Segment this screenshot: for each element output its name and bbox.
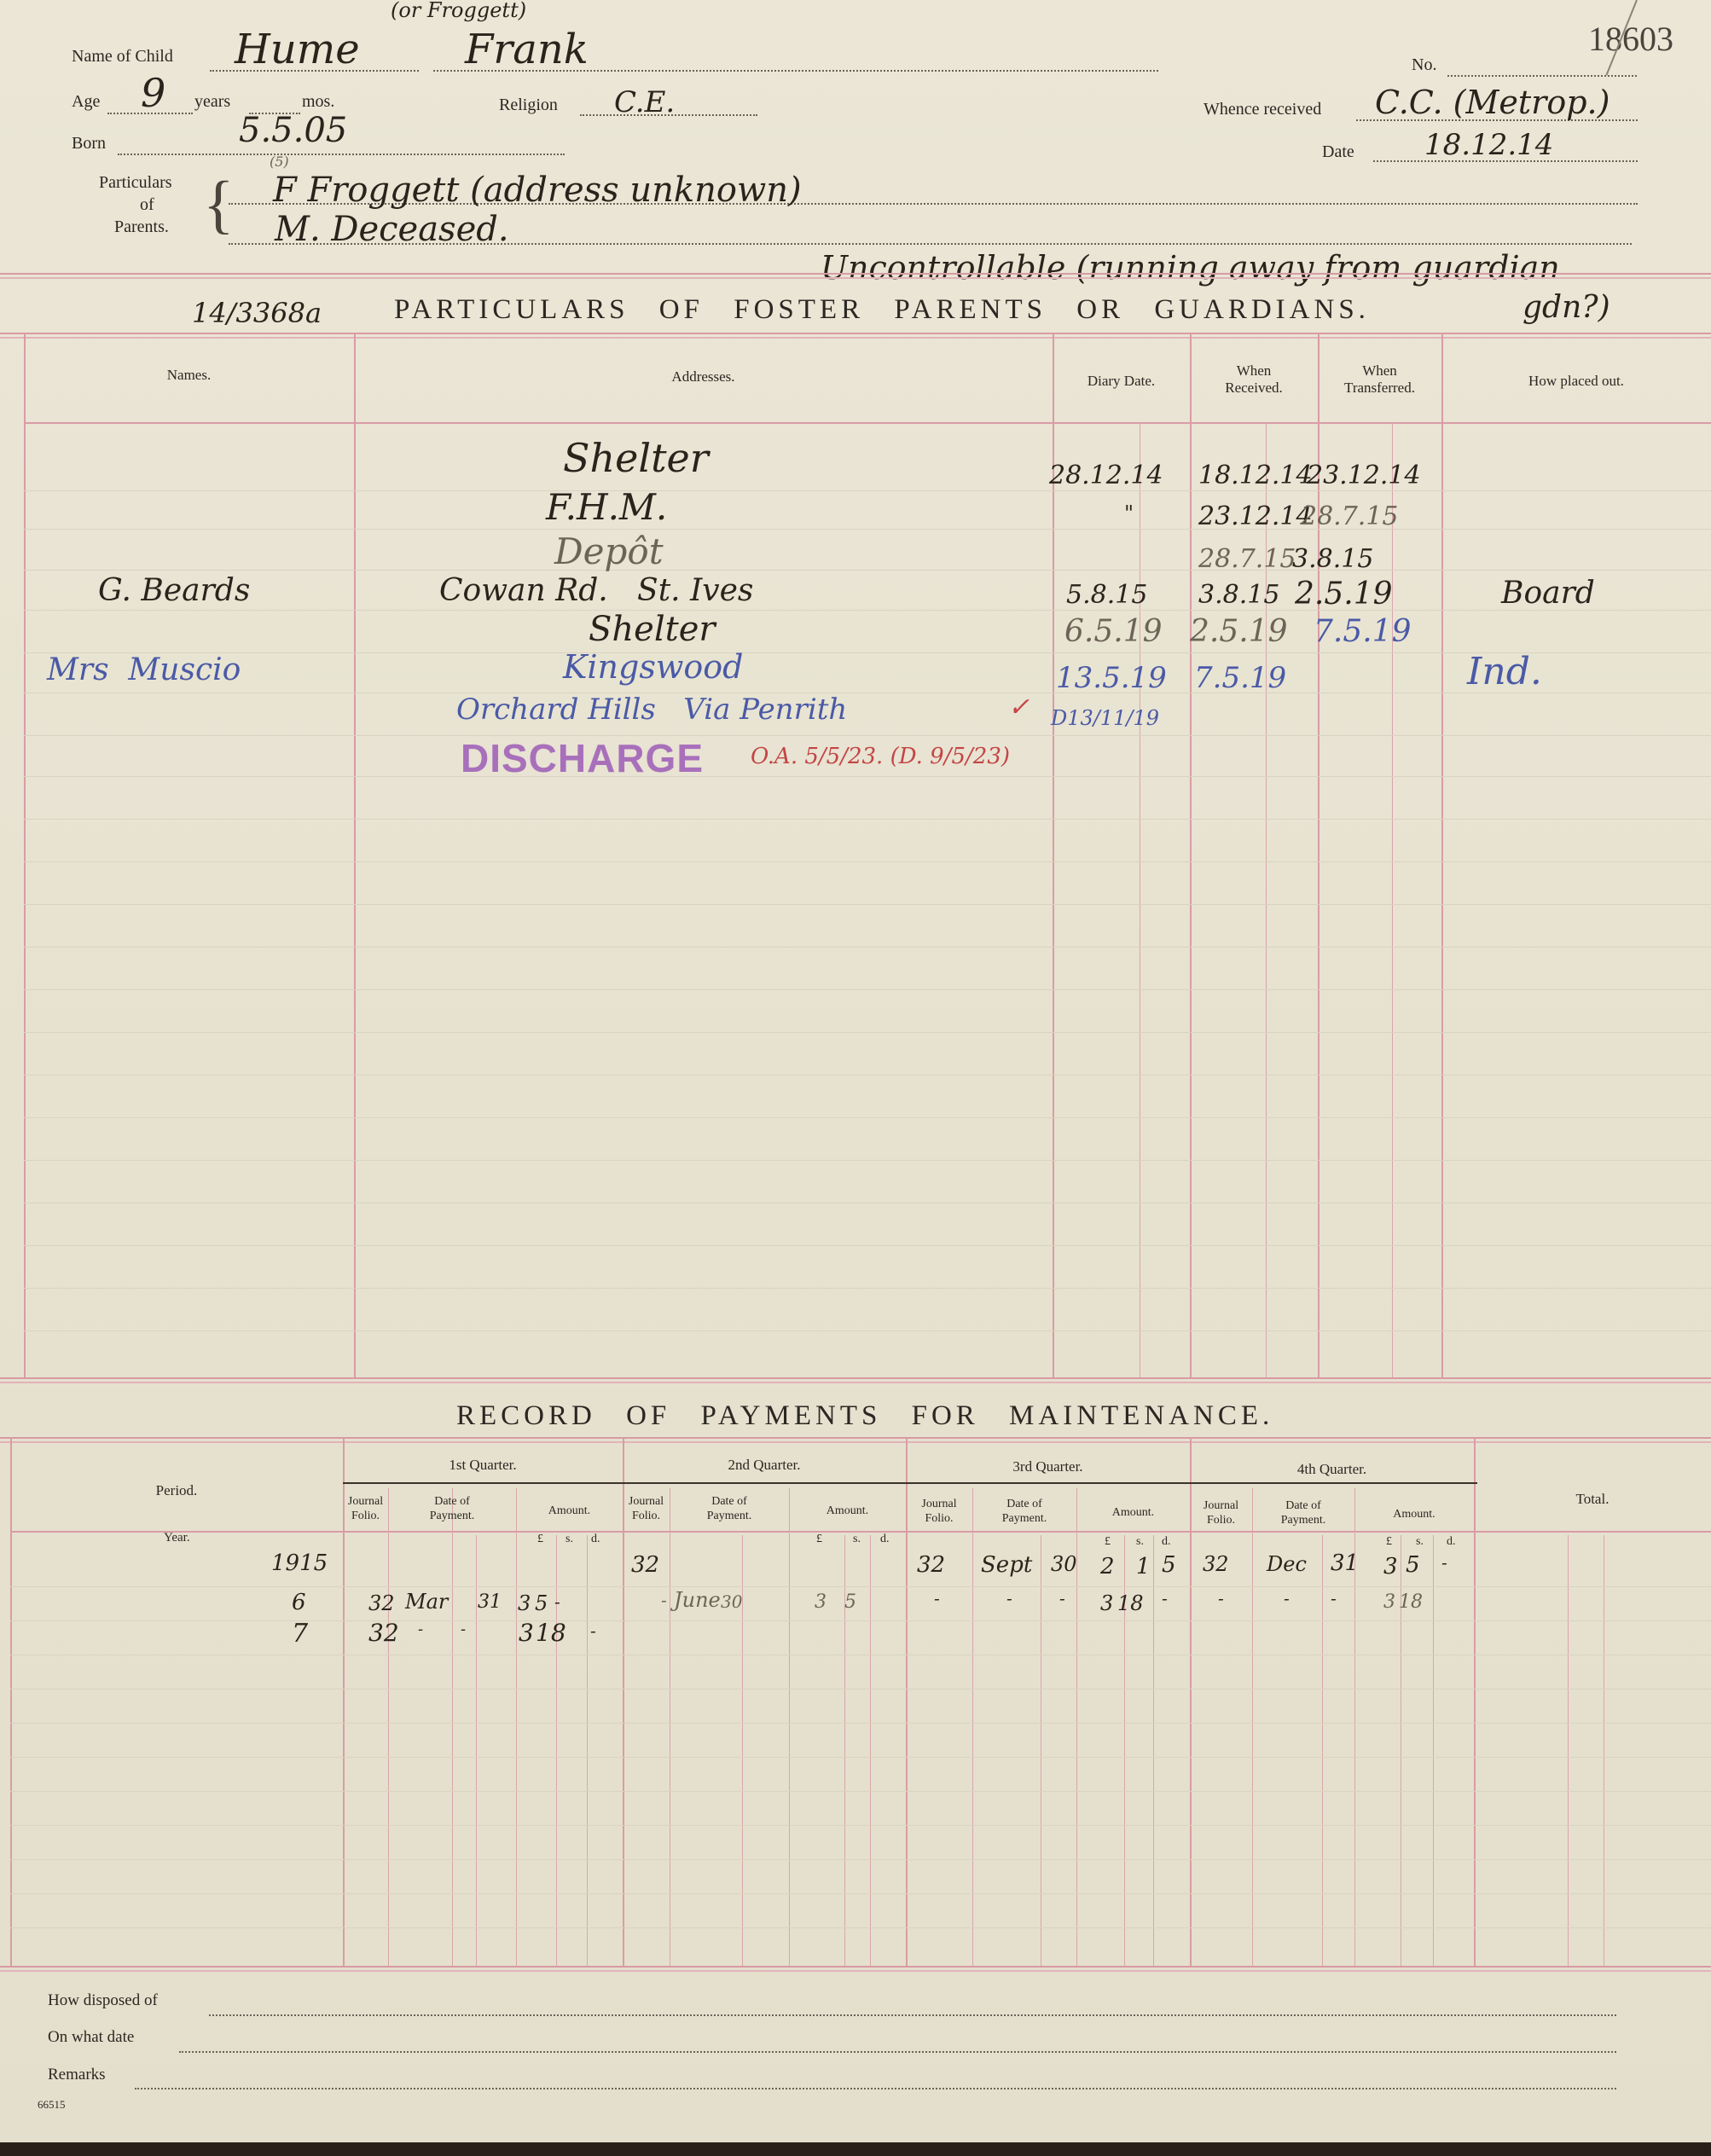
born-field[interactable]: 5.5.05 — [239, 111, 347, 150]
diary-date-cell: D13/11/19 — [1051, 706, 1159, 730]
year-cell: 7 — [292, 1619, 308, 1649]
ruled-line — [10, 1757, 1711, 1758]
ruled-line — [10, 1620, 1711, 1621]
q2-folio-cell: 32 — [631, 1552, 659, 1578]
how-placed-cell: Ind. — [1467, 650, 1542, 693]
q1-folio-cell: 32 — [368, 1591, 395, 1615]
pound-symbol: £ — [537, 1533, 543, 1546]
col-line — [388, 1488, 389, 1966]
when-received-line-1: When — [1190, 362, 1318, 380]
date-of-payment-header: Date ofPayment. — [1252, 1498, 1354, 1527]
when-transferred-line-2: Transferred. — [1318, 380, 1441, 397]
ruled-line — [10, 1927, 1711, 1928]
ruled-line — [24, 1330, 1711, 1331]
remarks-label: Remarks — [48, 2066, 106, 2084]
q4-folio-cell: - — [1218, 1588, 1224, 1608]
name-cell: G. Beards — [98, 573, 250, 608]
whence-label: Whence received — [1203, 100, 1321, 119]
q1-day-cell: - — [461, 1620, 466, 1638]
transferred-cell: 7.5.19 — [1314, 614, 1412, 649]
col-line — [1140, 422, 1140, 1377]
q3-day-cell: 30 — [1051, 1552, 1077, 1576]
q1-month-cell: Mar — [405, 1590, 448, 1614]
diary-date-cell: " — [1124, 501, 1134, 525]
ruled-line — [24, 776, 1711, 777]
hdr-line: Journal — [1190, 1498, 1252, 1513]
name-label: Name of Child — [72, 47, 173, 67]
diary-date-cell: 13.5.19 — [1056, 661, 1167, 695]
q1-day-cell: 31 — [478, 1591, 502, 1613]
hdr-line: Journal — [906, 1497, 972, 1511]
hdr-line: Folio. — [1190, 1513, 1252, 1527]
received-cell: 23.12.14 — [1198, 501, 1313, 531]
section-rule — [0, 1966, 1711, 1972]
q4-pounds-cell: 3 — [1383, 1554, 1398, 1579]
q2-day-cell: 30 — [721, 1591, 742, 1612]
col-line — [24, 333, 26, 1377]
col-line — [354, 333, 356, 1377]
q4-day-cell: 31 — [1331, 1550, 1359, 1576]
born-line — [118, 154, 565, 155]
address-cell: Cowan Rd. St. Ives — [439, 573, 753, 608]
col-line — [1153, 1535, 1154, 1966]
col-header-how-placed: How placed out. — [1441, 373, 1711, 390]
parents-brace-icon: { — [203, 172, 234, 237]
page-edge — [0, 2142, 1711, 2156]
col-line — [1441, 333, 1443, 1377]
transferred-cell: 23.12.14 — [1307, 461, 1421, 490]
diary-date-cell: 5.8.15 — [1066, 580, 1147, 610]
col-line — [516, 1488, 517, 1966]
col-header-diary-date: Diary Date. — [1053, 373, 1190, 390]
address-cell: Kingswood — [563, 648, 743, 686]
col-line — [789, 1488, 790, 1966]
ruled-line — [24, 861, 1711, 862]
parents-label-3: Parents. — [114, 217, 169, 237]
religion-label: Religion — [499, 96, 558, 115]
received-cell: 3.8.15 — [1198, 580, 1279, 610]
q4-day-cell: - — [1331, 1588, 1337, 1608]
hdr-line: Date of — [670, 1494, 789, 1509]
q3-pounds-cell: 3 — [1100, 1591, 1113, 1615]
pence-symbol: d. — [591, 1533, 600, 1546]
q1-folio-cell: 32 — [368, 1619, 399, 1647]
born-label: Born — [72, 134, 106, 154]
q1-pounds-cell: 3 — [518, 1591, 531, 1615]
col-line — [587, 1535, 588, 1966]
pound-symbol: £ — [816, 1533, 822, 1546]
transferred-cell: 28.7.15 — [1301, 501, 1399, 531]
hdr-line: Payment. — [1252, 1513, 1354, 1527]
q2-pounds-cell: 3 — [815, 1591, 826, 1613]
amount-header: Amount. — [516, 1503, 623, 1520]
hdr-line: Date of — [388, 1494, 516, 1509]
section-rule — [0, 1437, 1711, 1443]
section-rule — [0, 273, 1711, 279]
col-header-addresses: Addresses. — [354, 368, 1053, 385]
address-cell: F.H.M. — [546, 486, 667, 528]
q4-folio-cell: 32 — [1203, 1552, 1229, 1576]
remarks-field[interactable] — [135, 2088, 1616, 2089]
hdr-line: Journal — [343, 1494, 388, 1509]
ruled-line — [10, 1655, 1711, 1655]
col-line — [972, 1488, 973, 1966]
q3-pence-cell: 5 — [1162, 1552, 1176, 1578]
shilling-symbol: s. — [1136, 1535, 1144, 1549]
q1-pence-cell: - — [554, 1591, 560, 1612]
q3-shillings-cell: 18 — [1117, 1591, 1144, 1615]
col-line — [1604, 1535, 1604, 1966]
received-cell: 2.5.19 — [1190, 614, 1288, 649]
quarter-header-4: 4th Quarter. — [1190, 1461, 1474, 1478]
pound-symbol: £ — [1386, 1535, 1392, 1549]
age-label: Age — [72, 92, 100, 112]
quarter-underline — [343, 1482, 1477, 1484]
mos-label: mos. — [302, 92, 334, 112]
hdr-line: Folio. — [623, 1509, 670, 1523]
reference-number: 14/3368a — [192, 297, 322, 329]
pence-symbol: d. — [1162, 1535, 1171, 1549]
years-label: years — [194, 92, 230, 112]
shilling-symbol: s. — [1416, 1535, 1424, 1549]
col-line — [452, 1488, 453, 1966]
mother-field[interactable]: M. Deceased. — [275, 210, 509, 249]
q3-folio-cell: - — [934, 1588, 940, 1608]
pence-symbol: d. — [880, 1533, 890, 1546]
q1-pounds-cell: 3 — [519, 1619, 534, 1647]
address-cell: Shelter — [589, 610, 716, 649]
header-rule — [10, 1531, 1711, 1533]
col-line — [1392, 422, 1393, 1377]
ruled-line — [24, 652, 1711, 653]
diary-date-cell: 28.12.14 — [1049, 461, 1163, 490]
q2-shillings-cell: 5 — [844, 1591, 856, 1613]
col-line — [10, 1437, 12, 1966]
ruled-line — [24, 610, 1711, 611]
q3-pounds-cell: 2 — [1100, 1554, 1115, 1579]
q3-pence-cell: - — [1162, 1588, 1168, 1608]
ruled-line — [24, 1245, 1711, 1246]
date-label: Date — [1322, 142, 1354, 162]
hdr-line: Payment. — [670, 1509, 789, 1523]
year-header: Year. — [164, 1531, 190, 1545]
amount-header: Amount. — [789, 1503, 906, 1520]
how-disposed-field[interactable] — [209, 2014, 1616, 2016]
discharge-stamp: DISCHARGE — [461, 735, 704, 781]
no-field[interactable] — [1447, 75, 1637, 77]
ruled-line — [24, 735, 1711, 736]
father-field[interactable]: F Froggett (address unknown) — [273, 171, 802, 210]
ruled-line — [24, 1160, 1711, 1161]
quarter-header-1: 1st Quarter. — [343, 1457, 623, 1474]
q1-pence-cell: - — [590, 1620, 596, 1641]
form-number: 66515 — [38, 2098, 66, 2112]
ruled-line — [10, 1859, 1711, 1860]
q1-shillings-cell: 18 — [536, 1619, 566, 1647]
col-header-names: Names. — [24, 367, 354, 384]
hdr-line: Date of — [972, 1497, 1076, 1511]
parents-label-1: Particulars — [99, 173, 172, 193]
year-cell: 1915 — [271, 1550, 328, 1576]
date-of-payment-header: Date ofPayment. — [972, 1497, 1076, 1526]
parents-label-2: of — [140, 195, 154, 215]
shilling-symbol: s. — [853, 1533, 861, 1546]
transferred-cell: 2.5.19 — [1295, 577, 1393, 611]
year-cell: 6 — [292, 1590, 306, 1615]
col-header-when-transferred: When Transferred. — [1318, 362, 1441, 397]
received-cell: 18.12.14 — [1198, 461, 1313, 490]
amount-header: Amount. — [1076, 1504, 1190, 1521]
ruled-line — [24, 1117, 1711, 1118]
pence-symbol: d. — [1447, 1535, 1456, 1549]
ruled-line — [24, 904, 1711, 905]
col-line — [1433, 1535, 1434, 1966]
ruled-line — [24, 529, 1711, 530]
date-of-payment-header: Date ofPayment. — [670, 1494, 789, 1523]
hdr-line: Date of — [1252, 1498, 1354, 1513]
received-cell: 28.7.15 — [1198, 544, 1296, 574]
record-number: 18603 — [1588, 19, 1673, 59]
ruled-line — [10, 1723, 1711, 1724]
header-rule — [24, 422, 1711, 424]
address-cell: Depôt — [554, 530, 664, 572]
how-placed-cell: Board — [1501, 576, 1595, 611]
transferred-cell: 3.8.15 — [1292, 544, 1373, 574]
ruled-line — [10, 1791, 1711, 1792]
discharge-note: O.A. 5/5/23. (D. 9/5/23) — [751, 744, 1010, 769]
journal-folio-header: JournalFolio. — [1190, 1498, 1252, 1527]
q3-day-cell: - — [1059, 1588, 1065, 1608]
col-line — [870, 1535, 871, 1966]
journal-folio-header: JournalFolio. — [623, 1494, 670, 1523]
ruled-line — [24, 570, 1711, 571]
col-header-when-received: When Received. — [1190, 362, 1318, 397]
col-line — [476, 1535, 477, 1966]
uncontrollable-note: Uncontrollable (running away from guardi… — [821, 249, 1560, 287]
address-cell: Orchard Hills Via Penrith — [456, 693, 847, 727]
q4-shillings-cell: 18 — [1399, 1591, 1423, 1613]
name-cell: Mrs Muscio — [47, 652, 241, 687]
when-transferred-line-1: When — [1318, 362, 1441, 380]
q4-pence-cell: - — [1441, 1552, 1447, 1573]
col-line — [1568, 1535, 1569, 1966]
q4-month-cell: Dec — [1267, 1552, 1307, 1576]
hdr-line: Journal — [623, 1494, 670, 1509]
col-line — [1041, 1535, 1041, 1966]
quarter-header-3: 3rd Quarter. — [906, 1458, 1190, 1475]
q4-shillings-cell: 5 — [1406, 1552, 1420, 1578]
record-card: 18603 Name of Child Hume (or Froggett) F… — [0, 0, 1711, 2156]
amount-header: Amount. — [1354, 1506, 1474, 1523]
hdr-line: Payment. — [972, 1511, 1076, 1526]
q3-month-cell: - — [1006, 1588, 1012, 1608]
given-name-field[interactable]: Frank — [465, 26, 589, 73]
total-header: Total. — [1474, 1491, 1711, 1508]
hdr-line: Payment. — [388, 1509, 516, 1523]
col-line — [670, 1488, 670, 1966]
whence-field[interactable]: C.C. (Metrop.) — [1375, 84, 1609, 121]
how-disposed-label: How disposed of — [48, 1991, 158, 2010]
ruled-line — [10, 1586, 1711, 1587]
period-header: Period. — [10, 1482, 343, 1499]
ruled-line — [24, 947, 1711, 948]
date-received-field[interactable]: 18.12.14 — [1424, 128, 1553, 162]
address-cell: Shelter — [563, 435, 709, 481]
section-rule — [0, 333, 1711, 339]
shilling-symbol: s. — [565, 1533, 573, 1546]
ruled-line — [24, 1288, 1711, 1289]
col-line — [1474, 1437, 1476, 1966]
quarter-header-2: 2nd Quarter. — [623, 1457, 906, 1474]
ruled-line — [24, 693, 1711, 693]
red-check-icon: ✓ — [1008, 693, 1029, 722]
hdr-line: Folio. — [343, 1509, 388, 1523]
ruled-line — [10, 1689, 1711, 1689]
journal-folio-header: JournalFolio. — [343, 1494, 388, 1523]
q2-month-cell: June — [674, 1588, 721, 1612]
ruled-line — [24, 1203, 1711, 1203]
diary-date-cell: 6.5.19 — [1064, 614, 1163, 649]
on-what-date-label: On what date — [48, 2028, 134, 2047]
col-line — [1322, 1535, 1323, 1966]
section-rule — [0, 1377, 1711, 1383]
q4-pounds-cell: 3 — [1383, 1591, 1395, 1613]
uncontrollable-note-2: gdn?) — [1522, 290, 1610, 325]
col-line — [1252, 1488, 1253, 1966]
payments-section-title: RECORD OF PAYMENTS FOR MAINTENANCE. — [456, 1400, 1273, 1432]
q3-folio-cell: 32 — [917, 1552, 945, 1578]
ruled-line — [24, 1075, 1711, 1075]
col-line — [1190, 333, 1192, 1377]
q3-shillings-cell: 1 — [1136, 1554, 1151, 1579]
hdr-line: Folio. — [906, 1511, 972, 1526]
alias-note: (or Froggett) — [391, 0, 526, 22]
parents-note-mark: (5) — [270, 154, 289, 170]
q3-month-cell: Sept — [981, 1552, 1032, 1578]
ruled-line — [24, 1032, 1711, 1033]
q1-shillings-cell: 5 — [535, 1591, 548, 1615]
when-received-line-2: Received. — [1190, 380, 1318, 397]
ruled-line — [10, 1825, 1711, 1826]
q4-month-cell: - — [1284, 1588, 1290, 1608]
ruled-line — [10, 1893, 1711, 1894]
surname-field[interactable]: Hume — [235, 26, 360, 73]
pound-symbol: £ — [1105, 1535, 1111, 1549]
date-of-payment-header: Date ofPayment. — [388, 1494, 516, 1523]
received-cell: 7.5.19 — [1194, 661, 1286, 695]
on-what-date-field[interactable] — [179, 2051, 1616, 2053]
q2-folio-cell: - — [661, 1590, 667, 1610]
ruled-line — [24, 989, 1711, 990]
q1-month-cell: - — [418, 1620, 423, 1638]
foster-section-title: PARTICULARS OF FOSTER PARENTS OR GUARDIA… — [394, 294, 1370, 326]
ruled-line — [24, 819, 1711, 820]
no-label: No. — [1412, 55, 1436, 75]
age-years-field[interactable]: 9 — [141, 70, 165, 116]
religion-field[interactable]: C.E. — [614, 85, 675, 119]
journal-folio-header: JournalFolio. — [906, 1497, 972, 1526]
ruled-line — [24, 490, 1711, 491]
